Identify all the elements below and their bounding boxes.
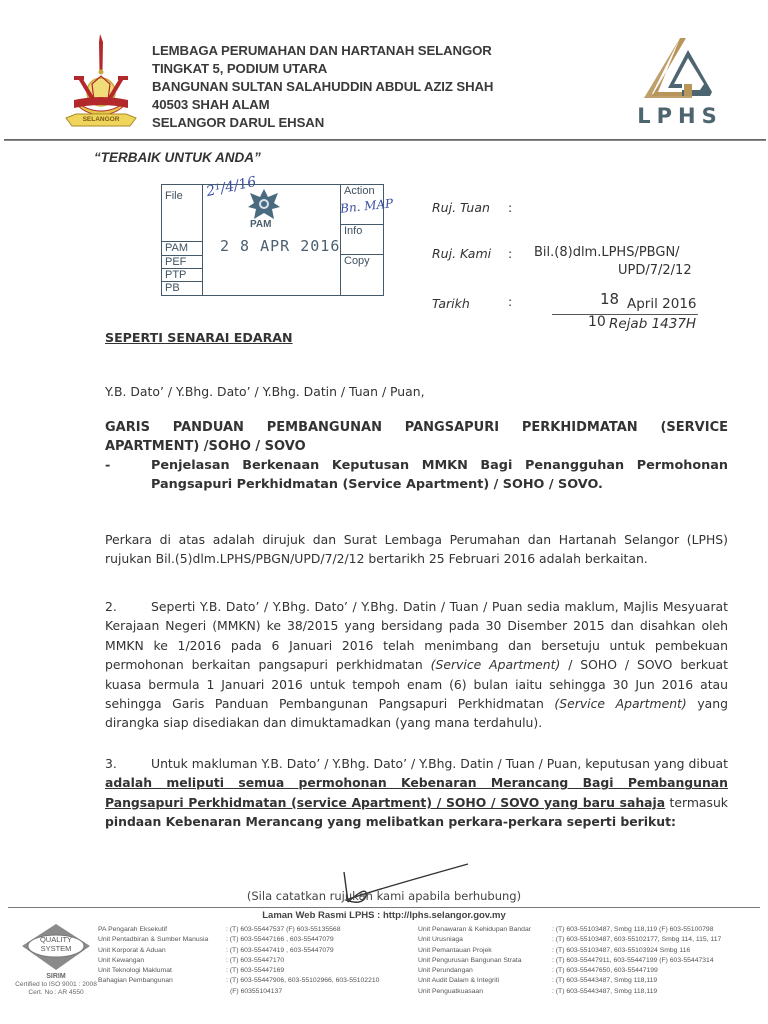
subject-line-1: GARIS PANDUAN PEMBANGUNAN PANGSAPURI PER… bbox=[105, 418, 728, 437]
contact-phone: : (T) 603-55103487, 603-55103924 Smbg 11… bbox=[552, 946, 721, 956]
lphs-logo-text: LPHS bbox=[634, 104, 726, 128]
contact-phone: : (T) 603-55447166 , 603-55447079 bbox=[226, 935, 379, 945]
selangor-crest-logo: SELANGOR bbox=[62, 32, 140, 130]
ruj-kami-label: Ruj. Kami bbox=[432, 246, 491, 261]
tarikh-colon: : bbox=[508, 294, 512, 309]
emphasis-underlined: adalah meliputi semua permohonan Kebenar… bbox=[105, 775, 728, 809]
contact-unit: Bahagian Pembangunan bbox=[98, 976, 208, 986]
contact-phone: : (T) 603-55103487, 603-55102177, Smbg 1… bbox=[552, 935, 721, 945]
stamp-routing-column: File PAM PEF PTP PB bbox=[162, 185, 203, 295]
date-underline bbox=[552, 314, 698, 315]
contact-phone: : (T) 603-55447911, 603-55447199 (F) 603… bbox=[552, 956, 721, 966]
contact-unit: Unit Kewangan bbox=[98, 956, 208, 966]
received-stamp: File PAM PEF PTP PB PAM 2 8 APR 2016 2¹/… bbox=[161, 184, 384, 296]
contact-unit: Unit Penawaran & Kehidupan Bandar bbox=[418, 925, 531, 935]
emphasis-bold: pindaan Kebenaran Merancang yang melibat… bbox=[105, 814, 676, 829]
contact-phone: : (T) 603-55443487, Smbg 118,119 bbox=[552, 976, 721, 986]
org-address-line: 40503 SHAH ALAM bbox=[152, 96, 493, 114]
paragraph-3-number: 3. bbox=[105, 754, 151, 773]
letterhead-divider bbox=[4, 139, 766, 141]
contact-phone: : (T) 603-55447906, 603-55102966, 603-55… bbox=[226, 976, 379, 986]
ruj-tuan-label: Ruj. Tuan bbox=[432, 200, 490, 215]
org-address-line: BANGUNAN SULTAN SALAHUDDIN ABDUL AZIZ SH… bbox=[152, 78, 493, 96]
ruj-kami-value-1: Bil.(8)dlm.LPHS/PBGN/ bbox=[534, 245, 680, 260]
paragraph-1: Perkara di atas adalah dirujuk dan Surat… bbox=[105, 530, 728, 569]
quality-line-2: SYSTEM bbox=[20, 944, 92, 953]
contact-unit: PA Pengarah Eksekutif bbox=[98, 925, 208, 935]
contact-unit: Unit Korporat & Aduan bbox=[98, 946, 208, 956]
organization-address: LEMBAGA PERUMAHAN DAN HARTANAH SELANGOR … bbox=[152, 42, 493, 132]
contact-unit: Unit Pemantauan Projek bbox=[418, 946, 531, 956]
contact-phone: : (T) 603-55447169 bbox=[226, 966, 379, 976]
stamp-cell-copy: Copy bbox=[341, 255, 383, 295]
paragraph-2: 2.Seperti Y.B. Dato’ / Y.Bhg. Dato’ / Y.… bbox=[105, 597, 728, 733]
contact-unit: Unit Perundangan bbox=[418, 966, 531, 976]
ruj-tuan-colon: : bbox=[508, 200, 512, 215]
stamp-cell-pam: PAM bbox=[162, 242, 202, 256]
stamp-cell-pef: PEF bbox=[162, 256, 202, 269]
quality-line-1: QUALITY bbox=[20, 935, 92, 944]
contact-phone: : (T) 603-55447170 bbox=[226, 956, 379, 966]
org-address-line: TINGKAT 5, PODIUM UTARA bbox=[152, 60, 493, 78]
paragraph-3: 3.Untuk makluman Y.B. Dato’ / Y.Bhg. Dat… bbox=[105, 754, 728, 832]
contact-unit: Unit Pengurusan Bangunan Strata bbox=[418, 956, 531, 966]
quality-system-badge: QUALITY SYSTEM bbox=[20, 922, 92, 972]
crest-label: SELANGOR bbox=[76, 116, 126, 123]
contact-unit: Unit Teknologi Maklumat bbox=[98, 966, 208, 976]
subject-heading: GARIS PANDUAN PEMBANGUNAN PANGSAPURI PER… bbox=[105, 418, 728, 457]
cert-number: Cert. No : AR 4550 bbox=[8, 989, 104, 997]
contact-phone: : (T) 603-55443487, Smbg 118,119 bbox=[552, 987, 721, 997]
sub-subject-dash: - bbox=[105, 456, 110, 475]
paragraph-2-number: 2. bbox=[105, 597, 151, 616]
stamp-date: 2 8 APR 2016 bbox=[220, 237, 340, 255]
contact-phone: : (T) 603-55103487, Smbg 118,119 (F) 603… bbox=[552, 925, 721, 935]
contacts-right-phones: : (T) 603-55103487, Smbg 118,119 (F) 603… bbox=[552, 925, 721, 997]
org-name: LEMBAGA PERUMAHAN DAN HARTANAH SELANGOR bbox=[152, 42, 493, 60]
stamp-cell-ptp: PTP bbox=[162, 269, 202, 282]
contacts-left-units: PA Pengarah Eksekutif Unit Pentadbiran &… bbox=[98, 925, 208, 997]
contacts-right-units: Unit Penawaran & Kehidupan Bandar Unit U… bbox=[418, 925, 531, 997]
sub-subject: - Penjelasan Berkenaan Keputusan MMKN Ba… bbox=[105, 456, 728, 495]
contact-phone: : (T) 603-55447419 , 603-55447079 bbox=[226, 946, 379, 956]
pam-emblem-icon bbox=[248, 189, 280, 219]
recipient-heading: SEPERTI SENARAI EDARAN bbox=[105, 328, 728, 347]
cert-line: Certified to ISO 9001 : 2008 bbox=[8, 981, 104, 989]
contacts-left-phones: : (T) 603-55447537 (F) 603-55135568 : (T… bbox=[226, 925, 379, 997]
stamp-org: PAM bbox=[250, 219, 271, 230]
contact-unit: Unit Penguatkuasaan bbox=[418, 987, 531, 997]
ruj-kami-colon: : bbox=[508, 246, 512, 261]
subject-line-2: APARTMENT) /SOHO / SOVO bbox=[105, 437, 728, 456]
sub-subject-text: Penjelasan Berkenaan Keputusan MMKN Bagi… bbox=[151, 456, 728, 495]
lphs-logo: LPHS bbox=[630, 32, 730, 132]
salutation: Y.B. Dato’ / Y.Bhg. Dato’ / Y.Bhg. Datin… bbox=[105, 382, 728, 401]
certification-text: SIRIM Certified to ISO 9001 : 2008 Cert.… bbox=[8, 973, 104, 997]
website-link[interactable]: Laman Web Rasmi LPHS : http://lphs.selan… bbox=[0, 910, 768, 921]
stamp-cell-info: Info bbox=[341, 225, 383, 255]
house-triangle-icon bbox=[630, 32, 730, 104]
contact-phone: (F) 60355104137 bbox=[226, 987, 379, 997]
footer-divider bbox=[8, 907, 760, 908]
contact-unit: Unit Urusniaga bbox=[418, 935, 531, 945]
contact-unit: Unit Audit Dalam & Integriti bbox=[418, 976, 531, 986]
contact-unit: Unit Pentadbiran & Sumber Manusia bbox=[98, 935, 208, 945]
stamp-cell-file: File bbox=[162, 185, 202, 242]
stamp-cell-pb: PB bbox=[162, 282, 202, 295]
contact-unit bbox=[98, 987, 208, 997]
motto: “TERBAIK UNTUK ANDA” bbox=[94, 150, 261, 165]
tarikh-day-handwritten: 18 bbox=[600, 290, 619, 308]
ruj-kami-value-2: UPD/7/2/12 bbox=[618, 263, 692, 278]
tarikh-value: April 2016 bbox=[627, 296, 697, 312]
tarikh-label: Tarikh bbox=[432, 296, 470, 311]
reference-note: (Sila catatkan rujukan kami apabila berh… bbox=[0, 889, 768, 903]
contact-phone: : (T) 603-55447650, 603-55447199 bbox=[552, 966, 721, 976]
cert-body: SIRIM bbox=[8, 973, 104, 981]
contact-phone: : (T) 603-55447537 (F) 603-55135568 bbox=[226, 925, 379, 935]
org-address-line: SELANGOR DARUL EHSAN bbox=[152, 114, 493, 132]
